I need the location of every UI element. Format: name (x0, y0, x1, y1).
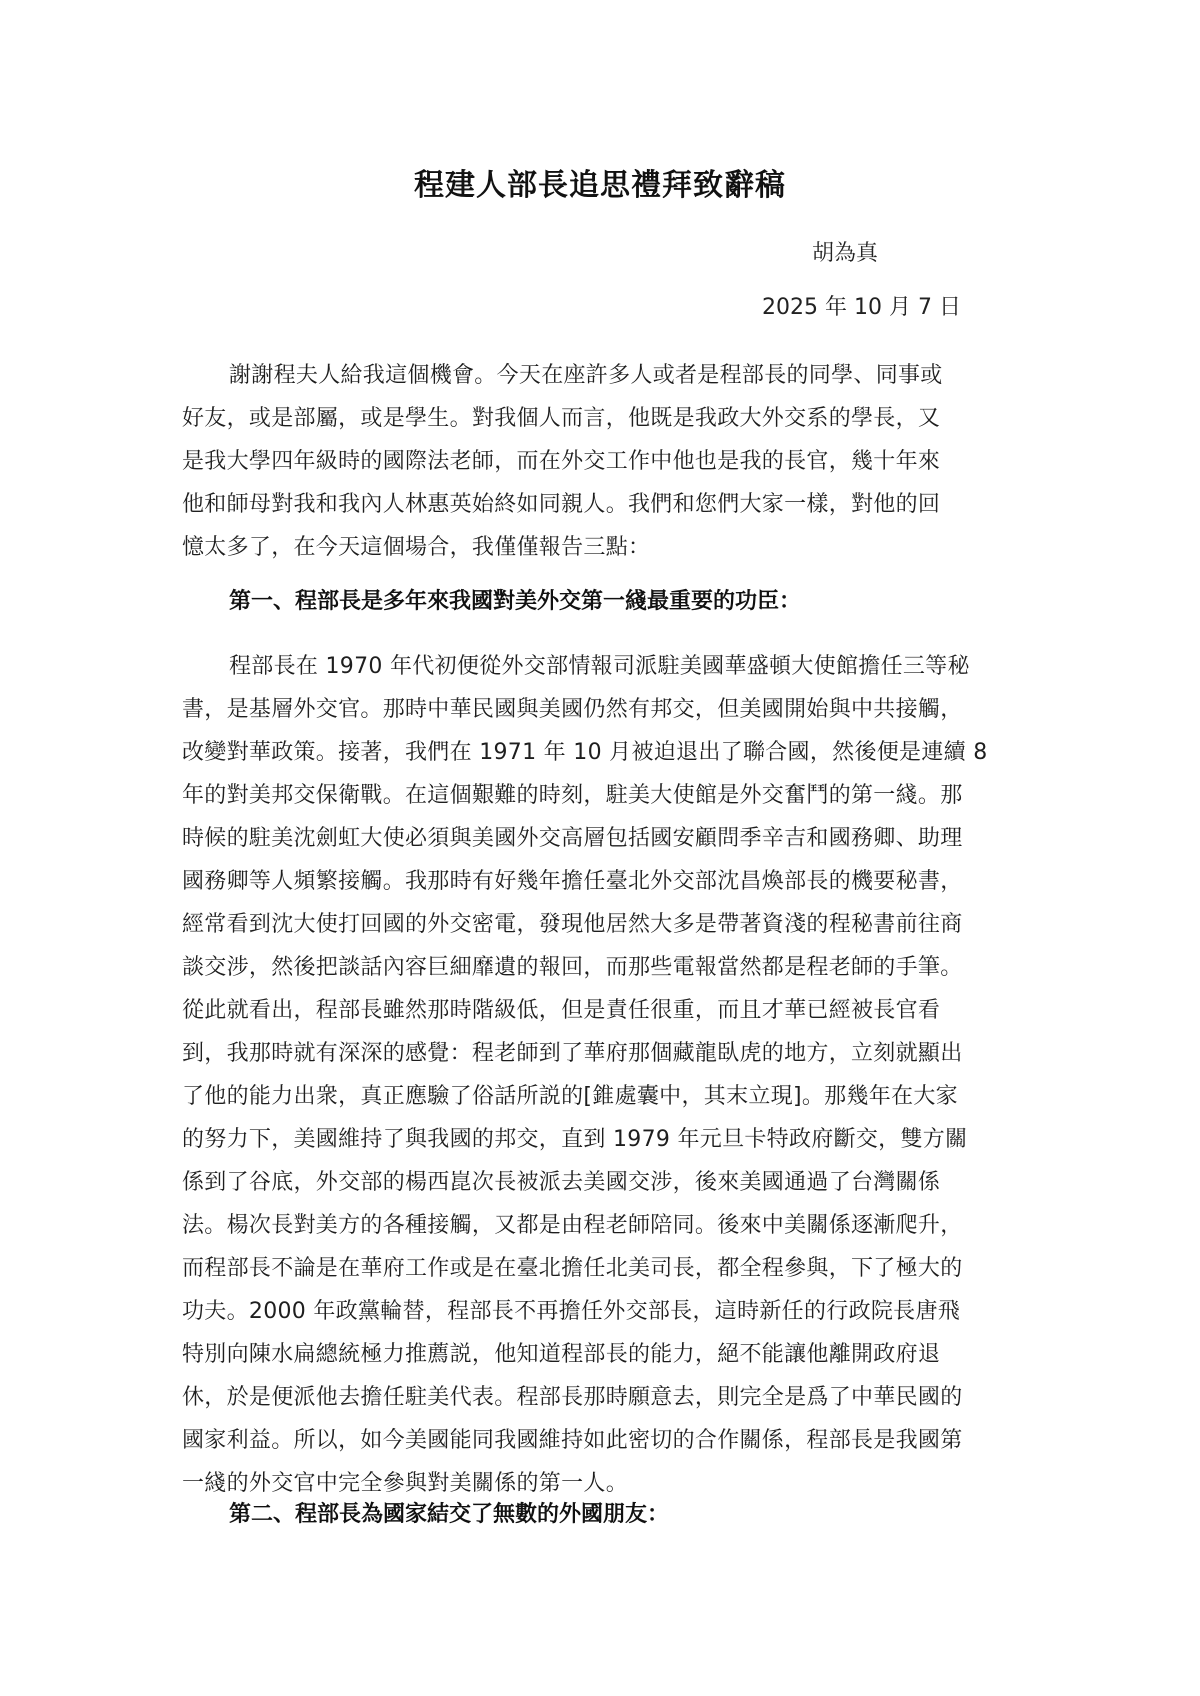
section-1-paragraph: 程部長在 1970 年代初便從外交部情報司派駐美國華盛頓大使館擔任三等秘 書，是… (182, 645, 1032, 1505)
paragraph-line: 書，是基層外交官。那時中華民國與美國仍然有邦交，但美國開始與中共接觸， (182, 688, 1032, 731)
paragraph-line: 是我大學四年級時的國際法老師，而在外交工作中他也是我的長官，幾十年來 (182, 440, 1032, 483)
paragraph-line: 了他的能力出衆，真正應驗了俗話所説的[錐處囊中，其末立現]。那幾年在大家 (182, 1075, 1032, 1118)
paragraph-line: 憶太多了，在今天這個場合，我僅僅報告三點： (182, 526, 1032, 569)
intro-paragraph: 謝謝程夫人給我這個機會。今天在座許多人或者是程部長的同學、同事或 好友，或是部屬… (182, 354, 1032, 569)
paragraph-line: 改變對華政策。接著，我們在 1971 年 10 月被迫退出了聯合國，然後便是連續… (182, 731, 1032, 774)
paragraph-line: 程部長在 1970 年代初便從外交部情報司派駐美國華盛頓大使館擔任三等秘 (182, 645, 1032, 688)
paragraph-line: 謝謝程夫人給我這個機會。今天在座許多人或者是程部長的同學、同事或 (182, 354, 1032, 397)
paragraph-line: 而程部長不論是在華府工作或是在臺北擔任北美司長，都全程參與，下了極大的 (182, 1247, 1032, 1290)
section-2-heading-block: 第二、程部長為國家結交了無數的外國朋友： (182, 1493, 1032, 1536)
paragraph-line: 功夫。2000 年政黨輪替，程部長不再擔任外交部長，這時新任的行政院長唐飛 (182, 1290, 1032, 1333)
paragraph-line: 經常看到沈大使打回國的外交密電，發現他居然大多是帶著資淺的程秘書前往商 (182, 903, 1032, 946)
document-date: 2025 年 10 月 7 日 (762, 290, 961, 321)
paragraph-line: 年的對美邦交保衛戰。在這個艱難的時刻，駐美大使館是外交奮鬥的第一綫。那 (182, 774, 1032, 817)
paragraph-line: 休，於是便派他去擔任駐美代表。程部長那時願意去，則完全是爲了中華民國的 (182, 1376, 1032, 1419)
paragraph-line: 時候的駐美沈劍虹大使必須與美國外交高層包括國安顧問季辛吉和國務卿、助理 (182, 817, 1032, 860)
paragraph-line: 從此就看出，程部長雖然那時階級低，但是責任很重，而且才華已經被長官看 (182, 989, 1032, 1032)
paragraph-line: 特別向陳水扁總統極力推薦説，他知道程部長的能力，絕不能讓他離開政府退 (182, 1333, 1032, 1376)
paragraph-line: 的努力下，美國維持了與我國的邦交，直到 1979 年元旦卡特政府斷交，雙方關 (182, 1118, 1032, 1161)
author-name: 胡為真 (812, 236, 878, 267)
section-2-heading: 第二、程部長為國家結交了無數的外國朋友： (182, 1493, 1032, 1536)
document-page: 程建人部長追思禮拜致辭稿 胡為真 2025 年 10 月 7 日 謝謝程夫人給我… (0, 0, 1200, 1696)
section-1-heading: 第一、程部長是多年來我國對美外交第一綫最重要的功臣： (182, 580, 1032, 623)
paragraph-line: 國家利益。所以，如今美國能同我國維持如此密切的合作關係，程部長是我國第 (182, 1419, 1032, 1462)
paragraph-line: 到，我那時就有深深的感覺：程老師到了華府那個藏龍臥虎的地方，立刻就顯出 (182, 1032, 1032, 1075)
paragraph-line: 談交涉，然後把談話內容巨細靡遺的報回，而那些電報當然都是程老師的手筆。 (182, 946, 1032, 989)
paragraph-line: 法。楊次長對美方的各種接觸，又都是由程老師陪同。後來中美關係逐漸爬升， (182, 1204, 1032, 1247)
paragraph-line: 國務卿等人頻繁接觸。我那時有好幾年擔任臺北外交部沈昌煥部長的機要秘書， (182, 860, 1032, 903)
paragraph-line: 好友，或是部屬，或是學生。對我個人而言，他既是我政大外交系的學長，又 (182, 397, 1032, 440)
section-1-heading-block: 第一、程部長是多年來我國對美外交第一綫最重要的功臣： (182, 580, 1032, 623)
paragraph-line: 係到了谷底，外交部的楊西崑次長被派去美國交涉，後來美國通過了台灣關係 (182, 1161, 1032, 1204)
document-title: 程建人部長追思禮拜致辭稿 (0, 160, 1200, 204)
paragraph-line: 他和師母對我和我內人林惠英始終如同親人。我們和您們大家一樣，對他的回 (182, 483, 1032, 526)
